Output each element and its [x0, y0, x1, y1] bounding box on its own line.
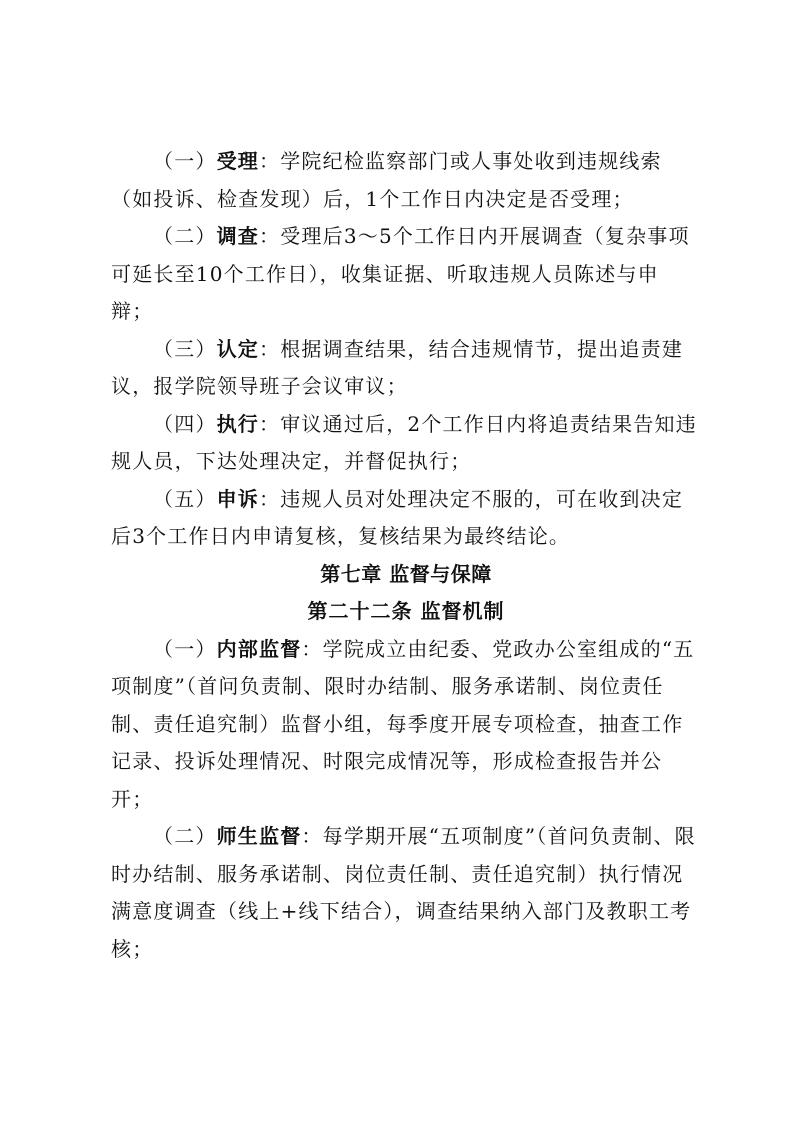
item-prefix: （三）	[153, 337, 217, 361]
item-term: 调查	[217, 224, 259, 248]
procedure-item-determine: （三）认定：根据调查结果，结合违规情节，提出追责建议，报学院领导班子会议审议；	[111, 331, 701, 406]
item-term: 认定	[217, 337, 259, 361]
item-term: 内部监督	[217, 637, 302, 661]
item-term: 申诉	[217, 487, 259, 511]
item-prefix: （二）	[153, 224, 217, 248]
procedure-item-execute: （四）执行：审议通过后，2个工作日内将追责结果告知违规人员，下达处理决定，并督促…	[111, 406, 701, 481]
procedure-item-appeal: （五）申诉：违规人员对处理决定不服的，可在收到决定后3个工作日内申请复核，复核结…	[111, 481, 701, 556]
item-prefix: （一）	[153, 149, 217, 173]
item-term: 师生监督	[217, 824, 302, 848]
item-prefix: （一）	[153, 637, 217, 661]
item-term: 执行	[217, 412, 259, 436]
item-prefix: （二）	[153, 824, 217, 848]
supervision-item-teachers-students: （二）师生监督：每学期开展“五项制度”（首问负责制、限时办结制、服务承诺制、岗位…	[111, 818, 701, 968]
item-term: 受理	[217, 149, 259, 173]
item-text: ：学院成立由纪委、党政办公室组成的“五项制度”（首问负责制、限时办结制、服务承诺…	[111, 637, 694, 811]
supervision-item-internal: （一）内部监督：学院成立由纪委、党政办公室组成的“五项制度”（首问负责制、限时办…	[111, 631, 701, 819]
item-prefix: （四）	[153, 412, 217, 436]
article-title: 第二十二条 监督机制	[111, 593, 701, 631]
chapter-title: 第七章 监督与保障	[111, 556, 701, 594]
item-prefix: （五）	[153, 487, 217, 511]
procedure-item-accept: （一）受理：学院纪检监察部门或人事处收到违规线索（如投诉、检查发现）后，1个工作…	[111, 143, 701, 218]
procedure-item-investigate: （二）调查：受理后3～5个工作日内开展调查（复杂事项可延长至10个工作日），收集…	[111, 218, 701, 331]
document-page: （一）受理：学院纪检监察部门或人事处收到违规线索（如投诉、检查发现）后，1个工作…	[111, 143, 701, 968]
